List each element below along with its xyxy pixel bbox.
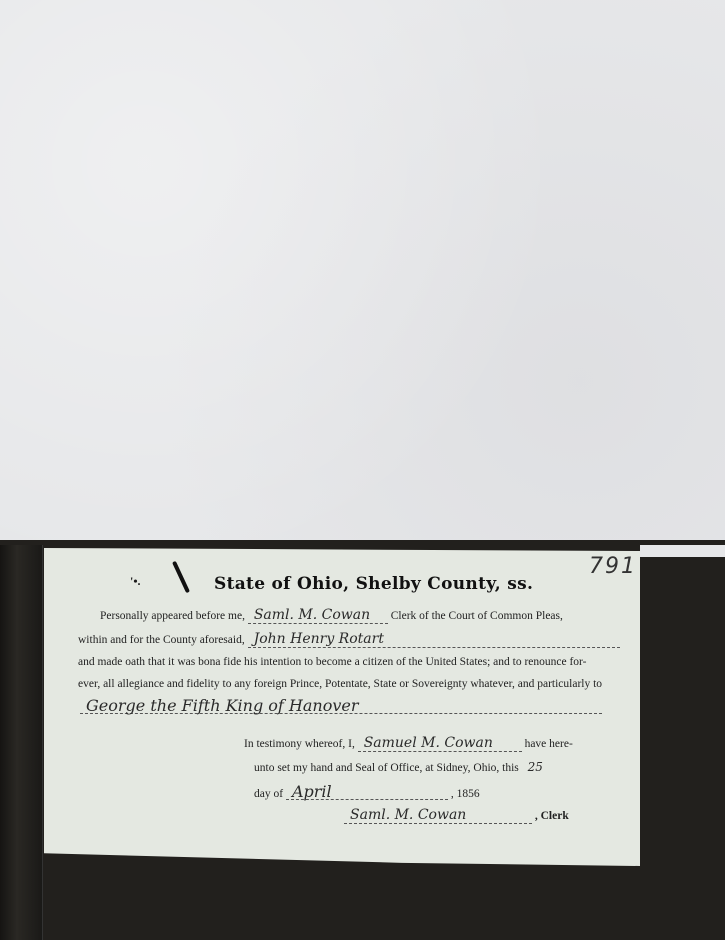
line-allegiance: ever, all allegiance and fidelity to any…: [78, 678, 602, 690]
testimony-prefix: In testimony whereof, I,: [244, 738, 355, 750]
blank-cover-sheet: [0, 0, 725, 545]
corner-mark: '•.: [130, 574, 141, 589]
line-oath: and made oath that it was bona fide his …: [78, 656, 587, 668]
applicant-name-field: John Henry Rotart: [248, 632, 620, 648]
day-field: 25: [522, 760, 549, 775]
binding-strip: [0, 545, 43, 940]
page-number: 791: [589, 554, 637, 579]
line2-prefix: within and for the County aforesaid,: [78, 634, 245, 646]
seal-text: unto set my hand and Seal of Office, at …: [254, 762, 519, 774]
line-seal: unto set my hand and Seal of Office, at …: [254, 760, 549, 775]
ink-mark: [172, 561, 190, 594]
cover-sheet-edge: [640, 545, 725, 557]
year-text: , 1856: [451, 788, 480, 800]
line-date: day of April , 1856: [254, 784, 480, 800]
month-field: April: [286, 784, 448, 800]
line-personally-appeared: Personally appeared before me, Saml. M. …: [100, 608, 563, 624]
line1-prefix: Personally appeared before me,: [100, 610, 245, 622]
line-signature: Saml. M. Cowan , Clerk: [344, 808, 569, 824]
clerk-title: , Clerk: [535, 810, 569, 822]
testimony-suffix: have here-: [525, 738, 573, 750]
clerk-signature: Saml. M. Cowan: [344, 808, 532, 824]
clerk-name-field: Saml. M. Cowan: [248, 608, 388, 624]
naturalization-certificate: 791 '•. State of Ohio, Shelby County, ss…: [44, 548, 640, 866]
day-of-label: day of: [254, 788, 283, 800]
line-sovereign: George the Fifth King of Hanover: [80, 698, 602, 714]
document-heading: State of Ohio, Shelby County, ss.: [214, 574, 533, 594]
line-testimony: In testimony whereof, I, Samuel M. Cowan…: [244, 736, 573, 752]
line1-suffix: Clerk of the Court of Common Pleas,: [391, 610, 563, 622]
sovereign-field: George the Fifth King of Hanover: [80, 698, 602, 714]
clerk-name-field-2: Samuel M. Cowan: [358, 736, 522, 752]
line-county: within and for the County aforesaid, Joh…: [78, 632, 620, 648]
